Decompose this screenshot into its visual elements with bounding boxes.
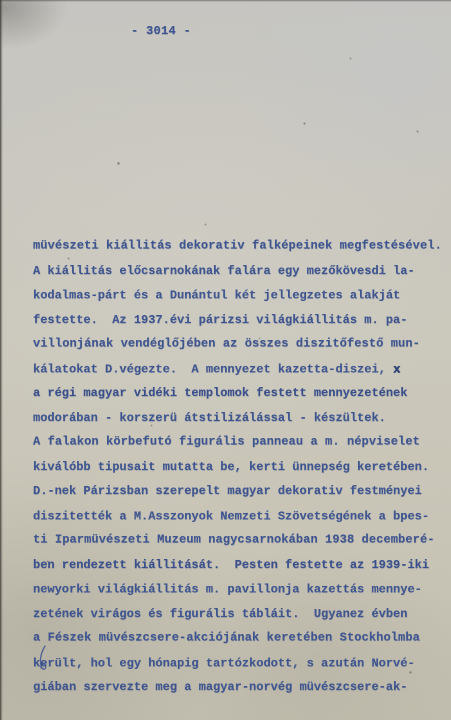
text-line: villonjának vendéglőjében az összes disz… [33, 332, 445, 357]
text-line: A falakon körbefutó figurális panneau a … [33, 430, 445, 455]
text-line: került, hol egy hónapig tartózkodott, s … [33, 651, 445, 676]
text-line: ben rendezett kiállitását. Pesten festet… [33, 553, 445, 578]
scanned-typewritten-page: - 3014 - müvészeti kiállitás dekorativ f… [0, 0, 451, 720]
text-line: müvészeti kiállitás dekorativ falképeine… [33, 234, 445, 259]
text-line: festette. Az 1937.évi párizsi világkiáll… [33, 308, 445, 333]
paper-speckles [0, 0, 1, 1]
text-line: ti Iparmüvészeti Muzeum nagycsarnokában … [33, 528, 445, 553]
typewritten-text-block: müvészeti kiállitás dekorativ falképeine… [33, 234, 445, 700]
handwritten-pen-mark [36, 645, 52, 675]
text-line: a régi magyar vidéki templomok festett m… [33, 381, 445, 406]
page-number: - 3014 - [131, 24, 191, 38]
overstrike-character: x [393, 362, 400, 376]
text-line: a Fészek müvészcsere-akciójának keretébe… [33, 626, 445, 651]
text-line-segment: kálatokat D.végezte. A mennyezet kazetta… [33, 362, 393, 376]
text-line: A kiállitás előcsarnokának falára egy me… [33, 259, 445, 284]
text-line: newyorki világkiállitás m. pavillonja ka… [33, 577, 445, 602]
text-line: kodalmas-párt és a Dunántul két jellegze… [33, 283, 445, 308]
text-line: diszitették a M.Asszonyok Nemzeti Szövet… [33, 504, 445, 529]
text-line: zetének virágos és figurális tábláit. Ug… [33, 602, 445, 627]
text-line: D.-nek Párizsban szerepelt magyar dekora… [33, 479, 445, 504]
text-line: kálatokat D.végezte. A mennyezet kazetta… [33, 357, 445, 382]
text-line: kiválóbb tipusait mutatta be, kerti ünne… [33, 455, 445, 480]
text-line: giában szervezte meg a magyar-norvég müv… [33, 675, 445, 700]
text-line: modorában - korszerü átstilizálással - k… [33, 406, 445, 431]
